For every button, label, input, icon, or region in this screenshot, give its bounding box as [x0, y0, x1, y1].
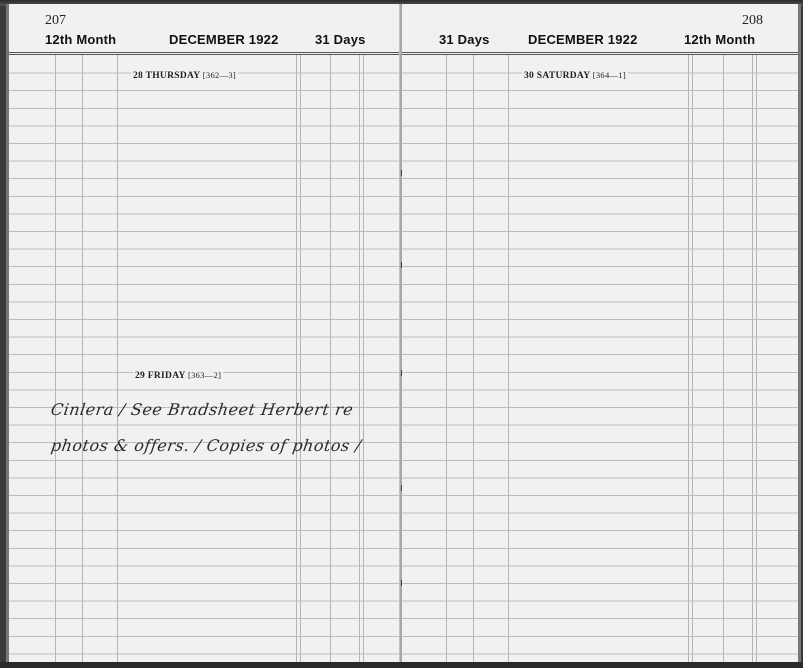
column-rule	[117, 52, 118, 664]
column-rule	[688, 52, 693, 664]
book-bottom-edge	[0, 662, 803, 668]
header-days-count: 31 Days	[439, 32, 490, 47]
page-header: 208 31 Days DECEMBER 1922 12th Month	[402, 4, 798, 55]
column-rule	[296, 52, 301, 664]
handwritten-note-line-1: Cinlera / See Bradsheet Herbert re	[50, 400, 355, 419]
column-rule	[446, 52, 447, 664]
column-rule	[508, 52, 509, 664]
day-name: 30 SATURDAY	[524, 71, 590, 81]
day-name: 29 FRIDAY	[135, 371, 185, 381]
page-number: 207	[45, 13, 66, 29]
column-rule	[330, 52, 331, 664]
day-name: 28 THURSDAY	[133, 71, 200, 81]
handwritten-note-line-2: photos & offers. / Copies of photos /	[50, 436, 363, 455]
day-of-year-code: [362—3]	[203, 70, 236, 80]
column-rule	[752, 52, 757, 664]
column-rule	[82, 52, 83, 664]
day-heading-thursday-28: 28 THURSDAY [362—3]	[131, 70, 238, 81]
day-heading-friday-29: 29 FRIDAY [363—2]	[133, 370, 223, 381]
header-days-count: 31 Days	[315, 32, 366, 47]
diary-page-right: 208 31 Days DECEMBER 1922 12th Month 30 …	[402, 4, 801, 664]
column-rule	[473, 52, 474, 664]
column-rule	[723, 52, 724, 664]
header-month-year: DECEMBER 1922	[528, 32, 638, 47]
column-rule	[359, 52, 364, 664]
day-of-year-code: [363—2]	[188, 370, 221, 380]
header-month-ordinal: 12th Month	[684, 32, 755, 47]
column-rule	[55, 52, 56, 664]
header-month-ordinal: 12th Month	[45, 32, 116, 47]
page-number: 208	[742, 13, 763, 29]
day-heading-saturday-30: 30 SATURDAY [364—1]	[522, 70, 628, 81]
page-header: 207 12th Month DECEMBER 1922 31 Days	[9, 4, 403, 55]
day-of-year-code: [364—1]	[593, 70, 626, 80]
diary-page-left: 207 12th Month DECEMBER 1922 31 Days 28 …	[6, 4, 403, 664]
header-month-year: DECEMBER 1922	[169, 32, 279, 47]
